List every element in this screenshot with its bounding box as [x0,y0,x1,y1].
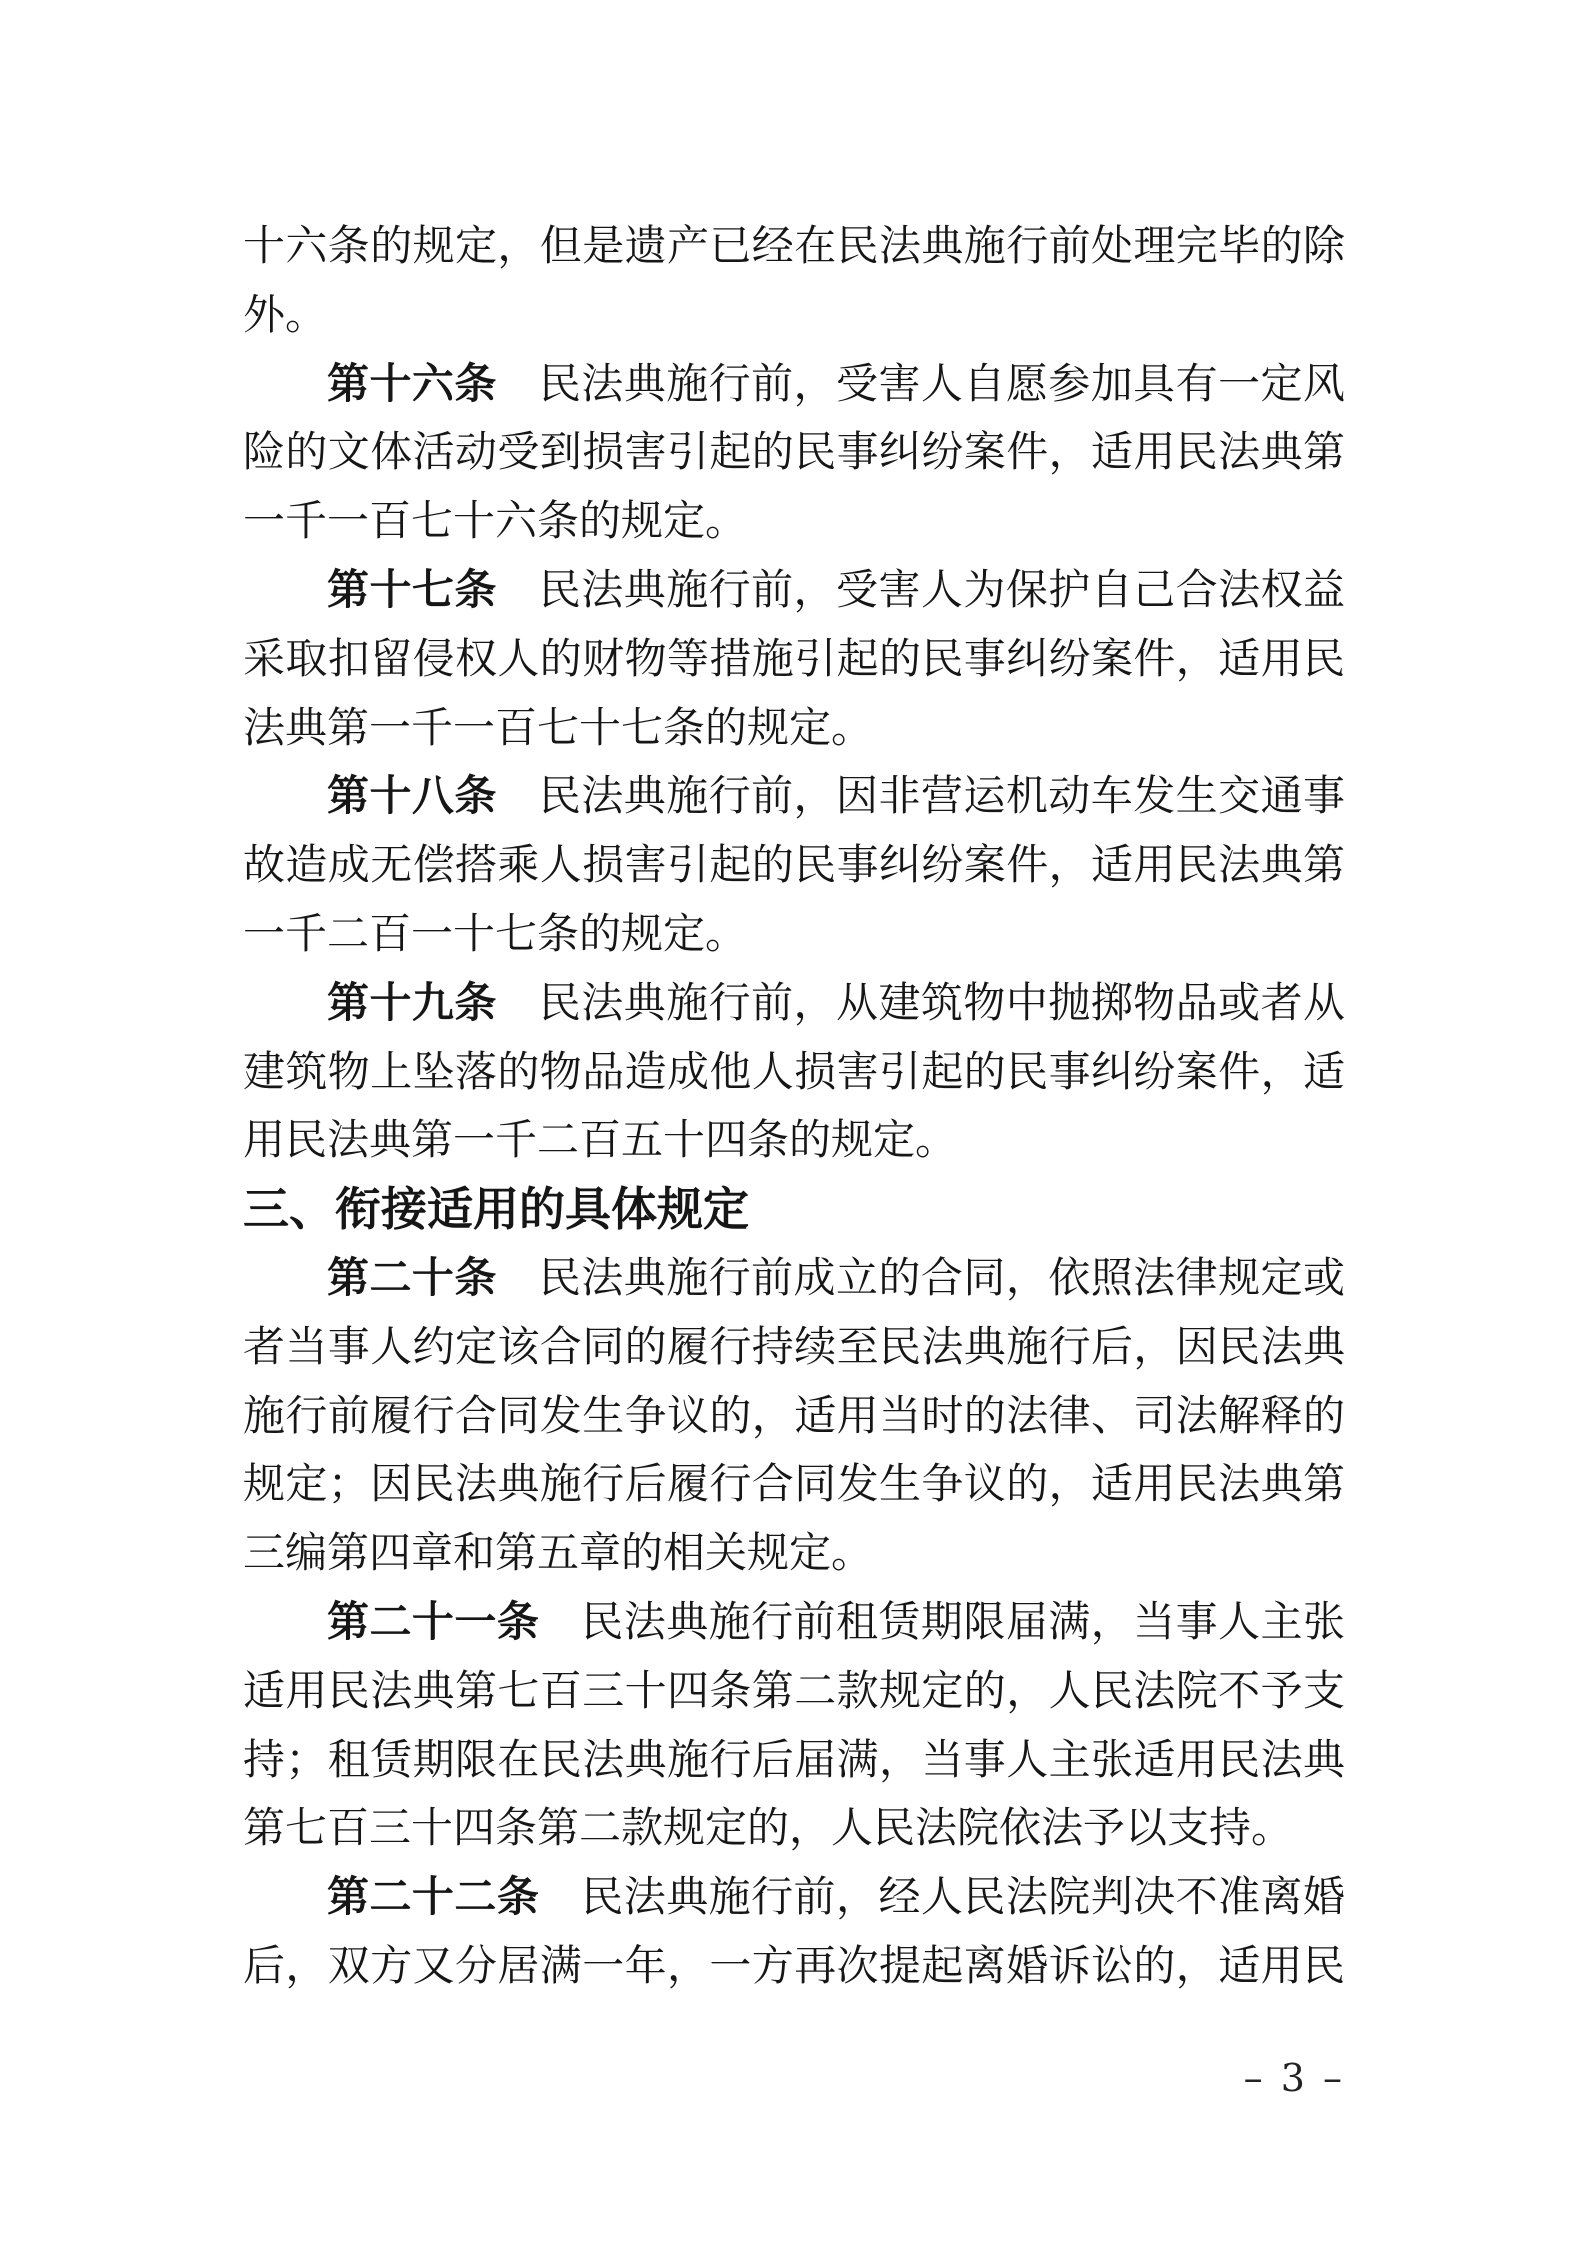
line-text: 民法典施行前，因非营运机动车发生交通事 [539,771,1345,820]
article-number: 第十九条 [327,978,497,1027]
text-line: 规定；因民法典施行后履行合同发生争议的，适用民法典第 [243,1450,1345,1519]
article-number: 第二十一条 [327,1597,539,1646]
text-line: 第十六条民法典施行前，受害人自愿参加具有一定风 [243,350,1345,419]
text-line: 三编第四章和第五章的相关规定。 [243,1519,1345,1588]
line-text: 民法典施行前，经人民法院判决不准离婚 [581,1872,1345,1921]
text-line: 第二十条民法典施行前成立的合同，依照法律规定或 [243,1244,1345,1313]
line-text: 民法典施行前，受害人自愿参加具有一定风 [539,359,1345,408]
text-line: 第七百三十四条第二款规定的，人民法院依法予以支持。 [243,1794,1345,1863]
text-line: 法典第一千一百七十七条的规定。 [243,694,1345,763]
text-line: 后，双方又分居满一年，一方再次提起离婚诉讼的，适用民 [243,1932,1345,2001]
text-line: 第二十一条民法典施行前租赁期限届满，当事人主张 [243,1588,1345,1657]
text-line: 十六条的规定，但是遗产已经在民法典施行前处理完毕的除 [243,212,1345,281]
text-line: 第十八条民法典施行前，因非营运机动车发生交通事 [243,762,1345,831]
article-number: 第十六条 [327,359,497,408]
text-line: 一千一百七十六条的规定。 [243,487,1345,556]
text-line: 第十七条民法典施行前，受害人为保护自己合法权益 [243,556,1345,625]
line-text: 民法典施行前成立的合同，依照法律规定或 [539,1253,1345,1302]
text-line: 险的文体活动受到损害引起的民事纠纷案件，适用民法典第 [243,418,1345,487]
article-number: 第二十条 [327,1253,497,1302]
article-number: 第十七条 [327,565,497,614]
line-text: 民法典施行前，受害人为保护自己合法权益 [539,565,1345,614]
text-line: 第二十二条民法典施行前，经人民法院判决不准离婚 [243,1863,1345,1932]
text-line: 持；租赁期限在民法典施行后届满，当事人主张适用民法典 [243,1726,1345,1795]
text-line: 第十九条民法典施行前，从建筑物中抛掷物品或者从 [243,969,1345,1038]
text-line: 一千二百一十七条的规定。 [243,900,1345,969]
text-line: 建筑物上坠落的物品造成他人损害引起的民事纠纷案件，适 [243,1038,1345,1107]
document-body: 十六条的规定，但是遗产已经在民法典施行前处理完毕的除外。第十六条民法典施行前，受… [243,212,1345,2001]
text-line: 外。 [243,281,1345,350]
text-line: 者当事人约定该合同的履行持续至民法典施行后，因民法典 [243,1313,1345,1382]
page-number: – 3 – [1045,2056,1345,2100]
article-number: 第十八条 [327,771,497,820]
line-text: 民法典施行前，从建筑物中抛掷物品或者从 [539,978,1345,1027]
text-line: 故造成无偿搭乘人损害引起的民事纠纷案件，适用民法典第 [243,831,1345,900]
text-line: 用民法典第一千二百五十四条的规定。 [243,1106,1345,1175]
article-number: 第二十二条 [327,1872,539,1921]
text-line: 采取扣留侵权人的财物等措施引起的民事纠纷案件，适用民 [243,625,1345,694]
text-line: 施行前履行合同发生争议的，适用当时的法律、司法解释的 [243,1382,1345,1451]
text-line: 适用民法典第七百三十四条第二款规定的，人民法院不予支 [243,1657,1345,1726]
section-heading: 三、衔接适用的具体规定 [243,1175,1345,1244]
scanned-document-page: { "page": { "background_color": "#ffffff… [0,0,1587,2245]
line-text: 民法典施行前租赁期限届满，当事人主张 [581,1597,1345,1646]
